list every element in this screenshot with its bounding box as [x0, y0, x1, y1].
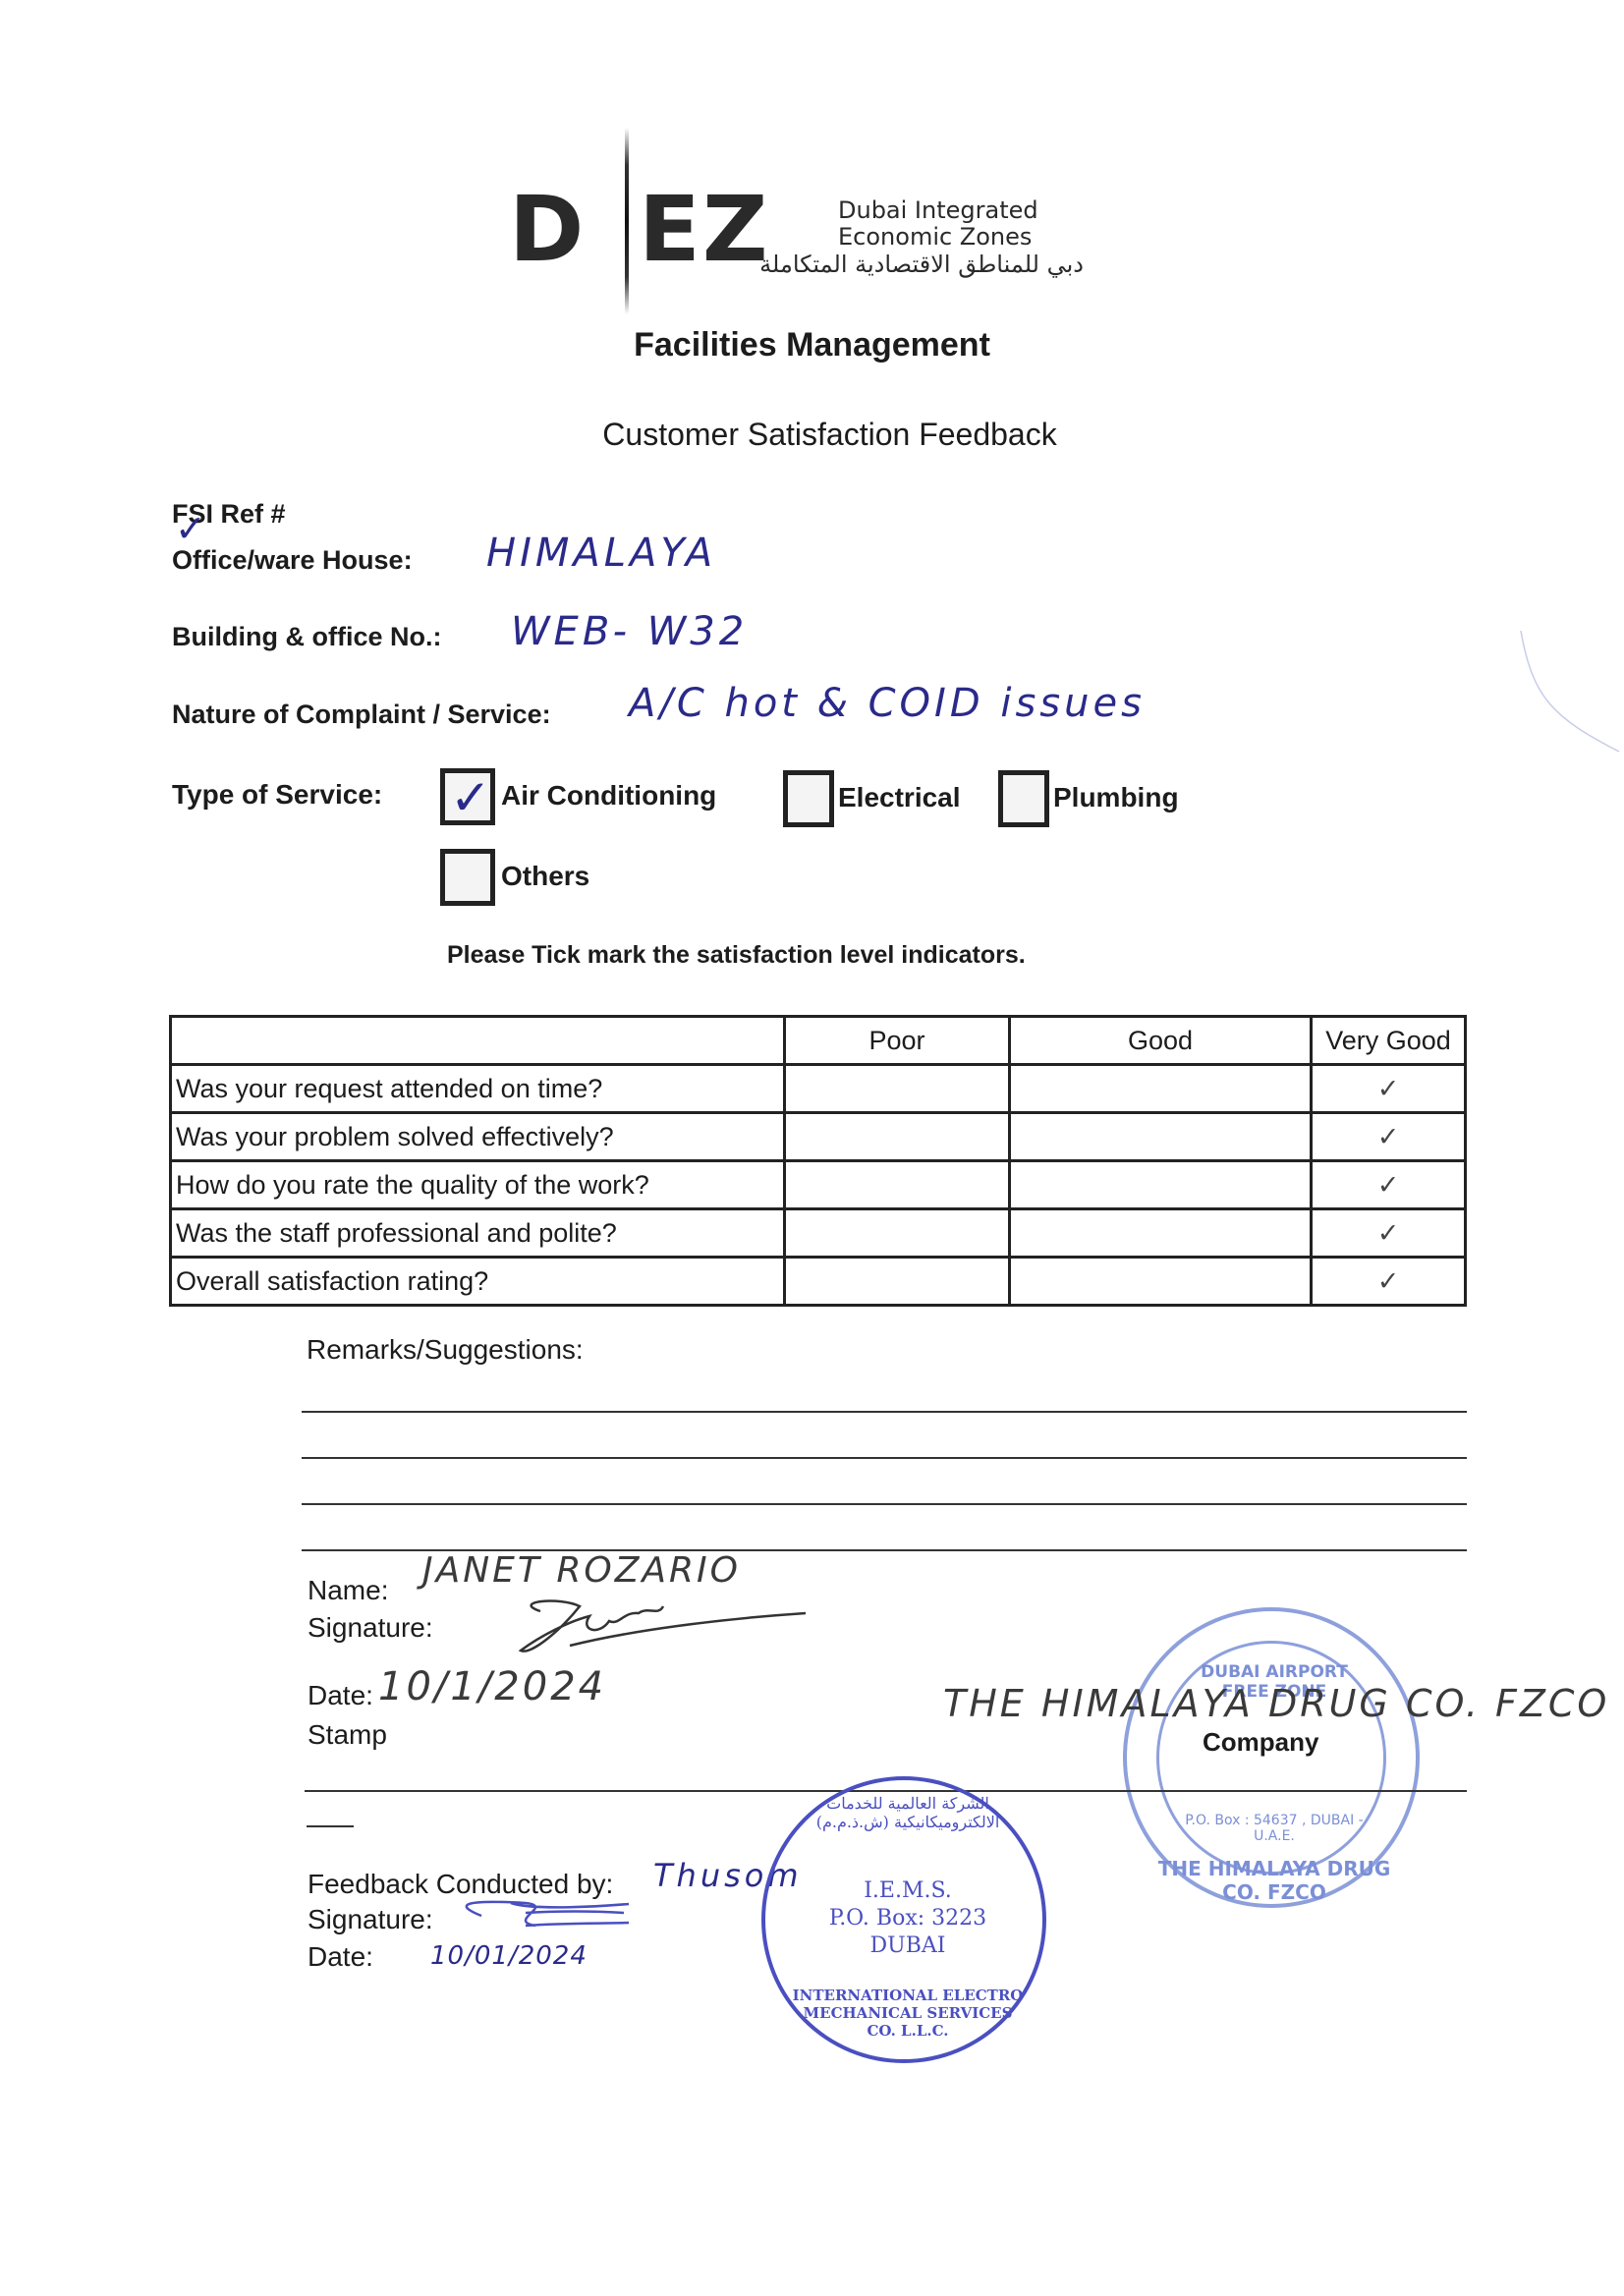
- building-label: Building & office No.:: [172, 622, 441, 652]
- rating-cell-very-good[interactable]: ✓: [1312, 1065, 1466, 1113]
- table-row: How do you rate the quality of the work?…: [171, 1161, 1466, 1209]
- remarks-label: Remarks/Suggestions:: [307, 1334, 584, 1366]
- checkmark-icon: ✓: [1377, 1170, 1400, 1200]
- table-row: Was the staff professional and polite?✓: [171, 1209, 1466, 1258]
- service-option-label: Air Conditioning: [501, 780, 716, 812]
- department-title: Facilities Management: [0, 326, 1624, 364]
- table-row: Was your request attended on time?✓: [171, 1065, 1466, 1113]
- logo-subtitle-line1: Dubai Integrated: [838, 197, 1038, 224]
- signature-label: Signature:: [308, 1612, 433, 1644]
- logo-subtitle: Dubai Integrated Economic Zones: [838, 197, 1038, 251]
- checkmark-icon: ✓: [1377, 1074, 1400, 1103]
- rating-cell-poor[interactable]: [785, 1258, 1010, 1306]
- rating-cell-very-good[interactable]: ✓: [1312, 1161, 1466, 1209]
- contractor-stamp-text: P.O. Box: 3223: [765, 1906, 1050, 1931]
- contractor-stamp: الشركة العالمية للخدمات الالكتروميكانيكي…: [761, 1776, 1046, 2063]
- rating-cell-good[interactable]: [1010, 1258, 1312, 1306]
- complaint-label: Nature of Complaint / Service:: [172, 700, 551, 730]
- company-stamp: DUBAI AIRPORT FREE ZONE P.O. Box : 54637…: [1123, 1607, 1420, 1908]
- logo-subtitle-line2: Economic Zones: [838, 224, 1038, 251]
- customer-signature: [501, 1592, 815, 1665]
- column-header-poor: Poor: [785, 1017, 1010, 1065]
- question-cell: Was your problem solved effectively?: [171, 1113, 785, 1161]
- date-label: Date:: [308, 1680, 373, 1711]
- contractor-stamp-text: DUBAI: [765, 1933, 1050, 1958]
- rating-cell-poor[interactable]: [785, 1113, 1010, 1161]
- checkmark-icon: ✓: [450, 773, 491, 822]
- form-title: Customer Satisfaction Feedback: [18, 417, 1624, 453]
- rating-cell-poor[interactable]: [785, 1209, 1010, 1258]
- name-value[interactable]: JANET ROZARIO: [422, 1550, 741, 1591]
- conducted-signature: [418, 1891, 634, 1935]
- office-label: Office/ware House:: [172, 545, 413, 576]
- logo-divider: [625, 128, 629, 314]
- checkbox-others[interactable]: [440, 849, 495, 906]
- company-value[interactable]: THE HIMALAYA DRUG CO. FZCO: [943, 1682, 1609, 1725]
- checkbox-electrical[interactable]: [783, 770, 834, 827]
- company-stamp-text: THE HIMALAYA DRUG CO. FZCO: [1147, 1857, 1402, 1904]
- rating-instruction: Please Tick mark the satisfaction level …: [447, 941, 1026, 970]
- rating-cell-poor[interactable]: [785, 1161, 1010, 1209]
- fsi-ref-tick-icon: ✓: [175, 511, 206, 548]
- rating-cell-good[interactable]: [1010, 1209, 1312, 1258]
- checkmark-icon: ✓: [1377, 1218, 1400, 1248]
- service-type-label: Type of Service:: [172, 779, 382, 811]
- table-row: Was your problem solved effectively?✓: [171, 1113, 1466, 1161]
- short-line: [307, 1825, 354, 1827]
- question-cell: How do you rate the quality of the work?: [171, 1161, 785, 1209]
- scan-artifact: [1513, 619, 1621, 756]
- service-option-label: Plumbing: [1053, 782, 1179, 813]
- rating-cell-good[interactable]: [1010, 1113, 1312, 1161]
- column-header-good: Good: [1010, 1017, 1312, 1065]
- column-header-very-good: Very Good: [1312, 1017, 1466, 1065]
- column-header-question: [171, 1017, 785, 1065]
- checkmark-icon: ✓: [1377, 1266, 1400, 1296]
- rating-cell-good[interactable]: [1010, 1161, 1312, 1209]
- building-value[interactable]: WEB- W32: [511, 609, 748, 654]
- logo-letter-d: D: [509, 185, 586, 275]
- question-cell: Was your request attended on time?: [171, 1065, 785, 1113]
- name-label: Name:: [308, 1575, 388, 1606]
- remarks-line-2[interactable]: [302, 1457, 1467, 1459]
- date-value[interactable]: 10/1/2024: [378, 1664, 606, 1709]
- checkbox-plumbing[interactable]: [998, 770, 1049, 827]
- rating-cell-very-good[interactable]: ✓: [1312, 1258, 1466, 1306]
- office-value[interactable]: HIMALAYA: [486, 531, 716, 576]
- conducted-date-value[interactable]: 10/01/2024: [430, 1941, 588, 1971]
- table-row: Overall satisfaction rating?✓: [171, 1258, 1466, 1306]
- remarks-line-3[interactable]: [302, 1503, 1467, 1505]
- question-cell: Was the staff professional and polite?: [171, 1209, 785, 1258]
- question-cell: Overall satisfaction rating?: [171, 1258, 785, 1306]
- service-option-label: Electrical: [838, 782, 961, 813]
- contractor-stamp-arabic: الشركة العالمية للخدمات الالكتروميكانيكي…: [795, 1794, 1021, 1831]
- company-label: Company: [1203, 1727, 1318, 1758]
- rating-cell-very-good[interactable]: ✓: [1312, 1113, 1466, 1161]
- logo-arabic: دبي للمناطق الاقتصادية المتكاملة: [651, 251, 1084, 278]
- satisfaction-table: Poor Good Very Good Was your request att…: [169, 1015, 1467, 1307]
- company-stamp-text: P.O. Box : 54637 , DUBAI - U.A.E.: [1166, 1813, 1382, 1844]
- rating-cell-good[interactable]: [1010, 1065, 1312, 1113]
- contractor-stamp-ring-text: INTERNATIONAL ELECTRO MECHANICAL SERVICE…: [790, 1987, 1026, 2040]
- service-option-label: Others: [501, 861, 589, 892]
- rating-cell-poor[interactable]: [785, 1065, 1010, 1113]
- conducted-date-label: Date:: [308, 1941, 373, 1973]
- complaint-value[interactable]: A/C hot & COID issues: [629, 681, 1146, 726]
- stamp-label: Stamp: [308, 1719, 387, 1751]
- conducted-signature-label: Signature:: [308, 1904, 433, 1935]
- remarks-line-1[interactable]: [302, 1411, 1467, 1413]
- checkmark-icon: ✓: [1377, 1122, 1400, 1151]
- contractor-stamp-text: I.E.M.S.: [765, 1878, 1050, 1903]
- rating-cell-very-good[interactable]: ✓: [1312, 1209, 1466, 1258]
- table-header-row: Poor Good Very Good: [171, 1017, 1466, 1065]
- diez-logo: D EZ Dubai Integrated Economic Zones دبي…: [509, 123, 1098, 319]
